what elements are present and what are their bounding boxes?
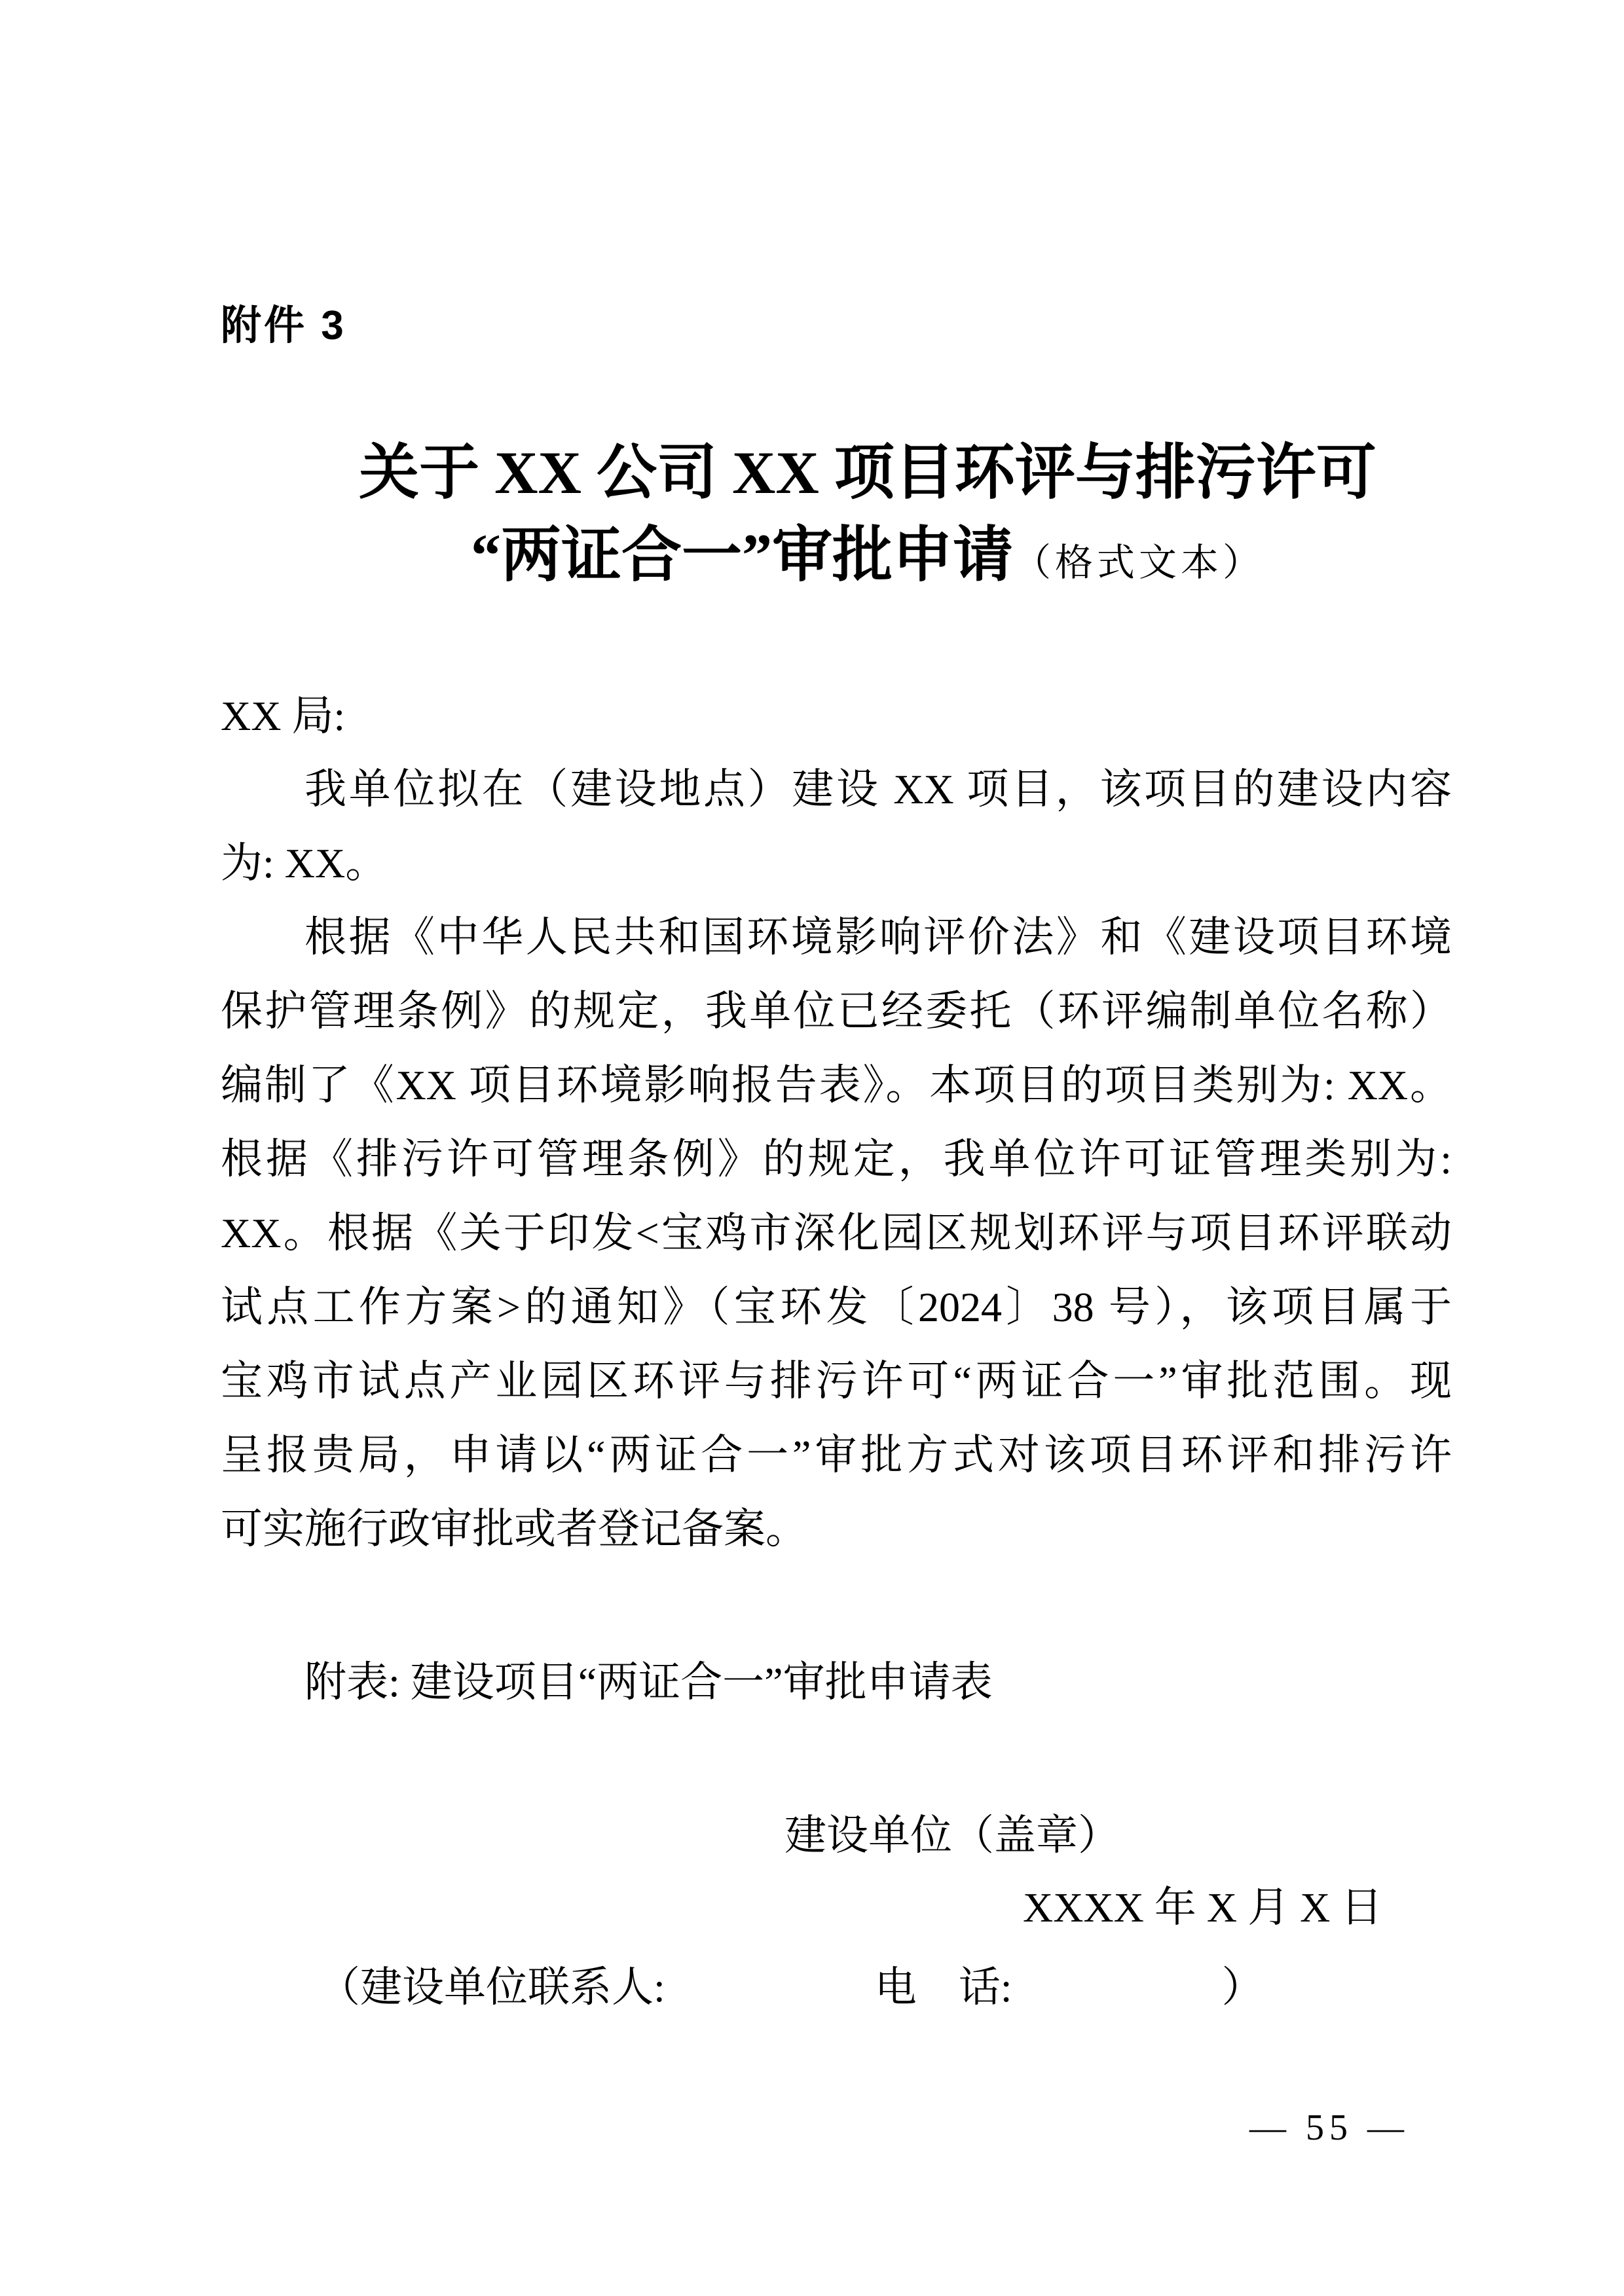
salutation-line: XX 局: (221, 689, 1452, 743)
attachment-table-note: 附表: 建设项目“两证合一”审批申请表 (304, 1649, 993, 1709)
document-title-format-note: （格式文本） (1013, 541, 1264, 584)
body-line: 保护管理条例》的规定，我单位已经委托（环评编制单位名称） (221, 984, 1452, 1038)
body-line: 宝鸡市试点产业园区环评与排污许可“两证合一”审批范围。现 (221, 1354, 1452, 1408)
body-line: XX。根据《关于印发<宝鸡市深化园区规划环评与项目环评联动 (221, 1206, 1452, 1260)
body-line: 试点工作方案>的通知》（宝环发〔2024〕38 号），该项目属于 (221, 1280, 1452, 1334)
document-title-line-2: “两证合一”审批申请（格式文本） (111, 522, 1624, 589)
body-line: 可实施行政审批或者登记备案。 (221, 1502, 1452, 1556)
document-title-line-2-main: “两证合一”审批申请 (471, 522, 1013, 589)
date-line: XXXX 年 X 月 X 日 (1023, 1874, 1382, 1934)
body-line: 我单位拟在（建设地点）建设 XX 项目，该项目的建设内容 (221, 762, 1452, 816)
body-line: 编制了《XX 项目环境影响报告表》。本项目的项目类别为: XX。 (221, 1058, 1452, 1112)
body-line: 根据《排污许可管理条例》的规定，我单位许可证管理类别为: (221, 1132, 1452, 1186)
body-line: 为: XX。 (221, 836, 1452, 890)
signature-seal-line: 建设单位（盖章） (784, 1802, 1120, 1862)
contact-info-line: （建设单位联系人: 电 话: ） (318, 1954, 1264, 2014)
document-page: 附件 3 关于 XX 公司 XX 项目环评与排污许可 “两证合一”审批申请（格式… (0, 0, 1624, 2296)
attachment-label: 附件 3 (221, 302, 346, 349)
page-number: — 55 — (1249, 2107, 1409, 2149)
body-line: 根据《中华人民共和国环境影响评价法》和《建设项目环境 (221, 910, 1452, 964)
document-title-line-1: 关于 XX 公司 XX 项目环评与排污许可 (111, 440, 1624, 506)
body-line: 呈报贵局，申请以“两证合一”审批方式对该项目环评和排污许 (221, 1428, 1452, 1482)
